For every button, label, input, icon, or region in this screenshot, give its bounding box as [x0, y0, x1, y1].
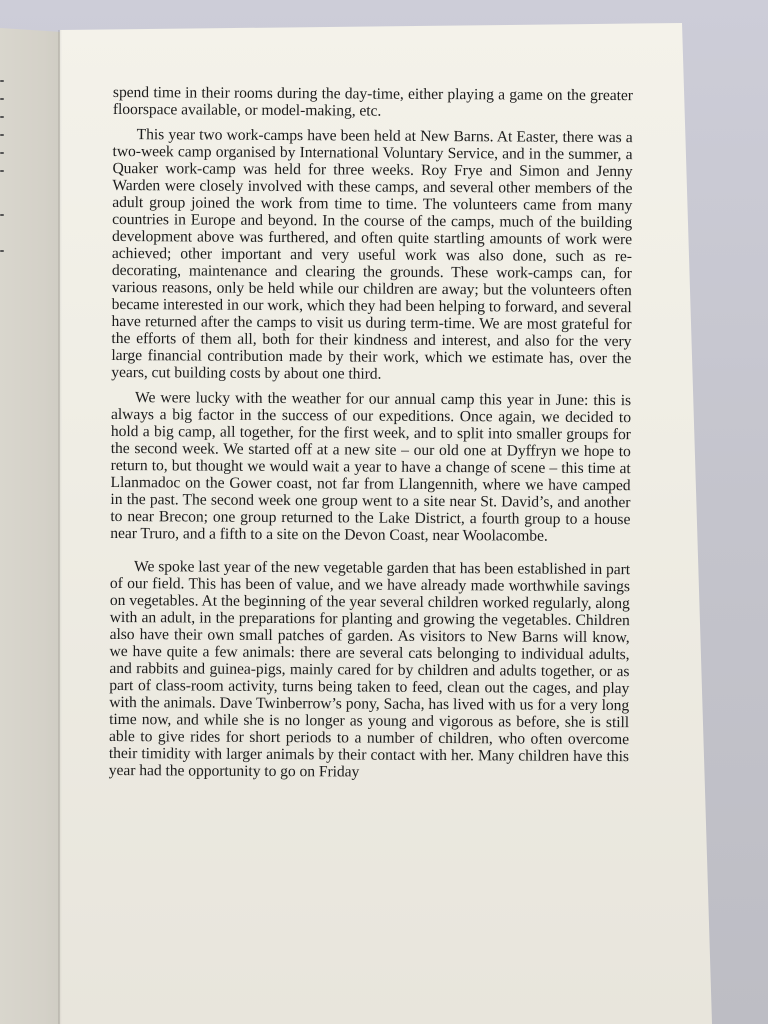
facing-page-glyph: [0, 152, 4, 154]
facing-page: [0, 28, 62, 1024]
photo-scene: spend time in their rooms during the day…: [0, 0, 768, 1024]
page-body-text: spend time in their rooms during the day…: [109, 84, 633, 782]
facing-page-glyph: [0, 98, 4, 100]
facing-page-glyph: [0, 250, 4, 252]
facing-page-glyph: [0, 116, 4, 118]
facing-page-glyph: [0, 80, 4, 82]
spine-shadow: [58, 30, 62, 1024]
paragraph-vegetable-garden: We spoke last year of the new vegetable …: [109, 558, 630, 782]
facing-page-glyph: [0, 170, 4, 172]
facing-page-glyph: [0, 214, 4, 216]
paragraph-work-camps: This year two work-camps have been held …: [111, 126, 633, 384]
paragraph-annual-camp: We were lucky with the weather for our a…: [110, 389, 631, 545]
facing-page-glyph: [0, 134, 4, 136]
paragraph-continuation: spend time in their rooms during the day…: [113, 84, 633, 121]
